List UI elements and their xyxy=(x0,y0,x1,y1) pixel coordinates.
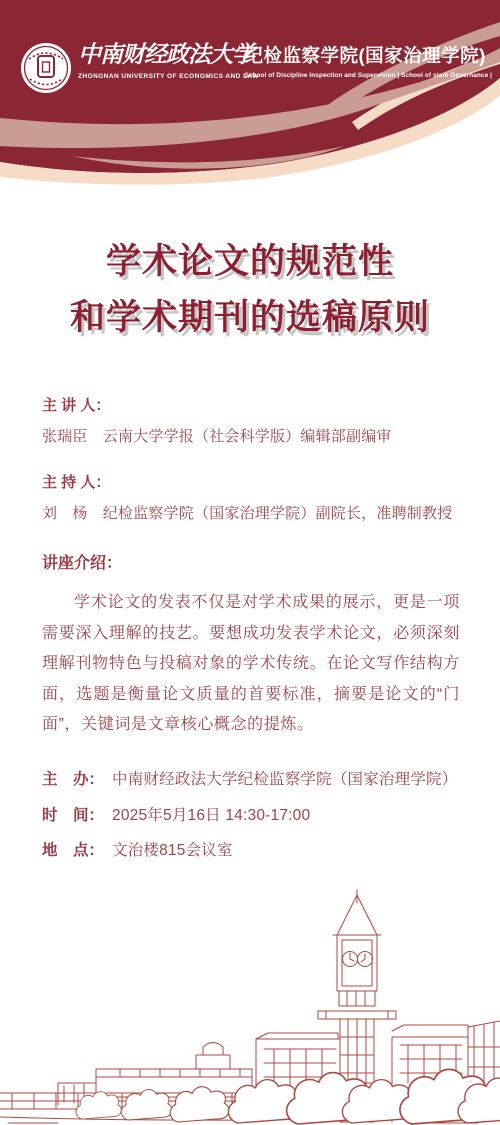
university-name-block: 中南财经政法大学 ZHONGNAN UNIVERSITY OF ECONOMIC… xyxy=(78,40,236,80)
place-row: 地 点： 文治楼815会议室 xyxy=(42,840,472,861)
banner-background xyxy=(0,0,500,200)
lecture-title-line2: 和学术期刊的选稿原则 xyxy=(0,290,500,346)
host-value: 刘 杨 纪检监察学院（国家治理学院）副院长，准聘制教授 xyxy=(42,502,466,523)
school-name-cn: 纪检监察学院(国家治理学院) xyxy=(244,44,492,68)
organizer-row: 主 办： 中南财经政法大学纪检监察学院（国家治理学院） xyxy=(42,769,472,790)
lecture-title: 学术论文的规范性 和学术期刊的选稿原则 xyxy=(0,234,500,346)
time-value: 2025年5月16日 14:30-17:00 xyxy=(112,805,310,826)
time-label: 时 间： xyxy=(42,805,104,826)
intro-label: 讲座介绍： xyxy=(42,550,460,573)
speaker-value: 张瑞臣 云南大学学报（社会科学版）编辑部副编审 xyxy=(42,425,466,446)
campus-illustration xyxy=(0,887,500,1125)
time-row: 时 间： 2025年5月16日 14:30-17:00 xyxy=(42,805,472,826)
lecture-poster: 中南财经政法大学 ZHONGNAN UNIVERSITY OF ECONOMIC… xyxy=(0,0,500,1125)
lecture-title-line1: 学术论文的规范性 xyxy=(0,234,500,290)
organizer-value: 中南财经政法大学纪检监察学院（国家治理学院） xyxy=(112,769,457,790)
intro-section: 讲座介绍： 学术论文的发表不仅是对学术成果的展示，更是一项需要深入理解的技艺。要… xyxy=(42,550,460,741)
school-name-en: School of Discipline Inspection and Supe… xyxy=(244,72,492,79)
place-value: 文治楼815会议室 xyxy=(112,840,233,861)
school-name-block: 纪检监察学院(国家治理学院) School of Discipline Insp… xyxy=(244,44,492,79)
university-logo-icon xyxy=(20,42,72,94)
details-section: 主 办： 中南财经政法大学纪检监察学院（国家治理学院） 时 间： 2025年5月… xyxy=(42,769,472,876)
place-label: 地 点： xyxy=(42,840,104,861)
university-name-en: ZHONGNAN UNIVERSITY OF ECONOMICS AND LAW xyxy=(78,73,236,80)
people-section: 主 讲 人： 张瑞臣 云南大学学报（社会科学版）编辑部副编审 主 持 人： 刘 … xyxy=(42,394,466,548)
university-name-cn: 中南财经政法大学 xyxy=(78,40,236,70)
intro-text: 学术论文的发表不仅是对学术成果的展示，更是一项需要深入理解的技艺。要想成功发表学… xyxy=(42,588,460,741)
organizer-label: 主 办： xyxy=(42,769,104,790)
speaker-label: 主 讲 人： xyxy=(42,394,466,415)
banner-header: 中南财经政法大学 ZHONGNAN UNIVERSITY OF ECONOMIC… xyxy=(20,40,492,94)
host-label: 主 持 人： xyxy=(42,471,466,492)
